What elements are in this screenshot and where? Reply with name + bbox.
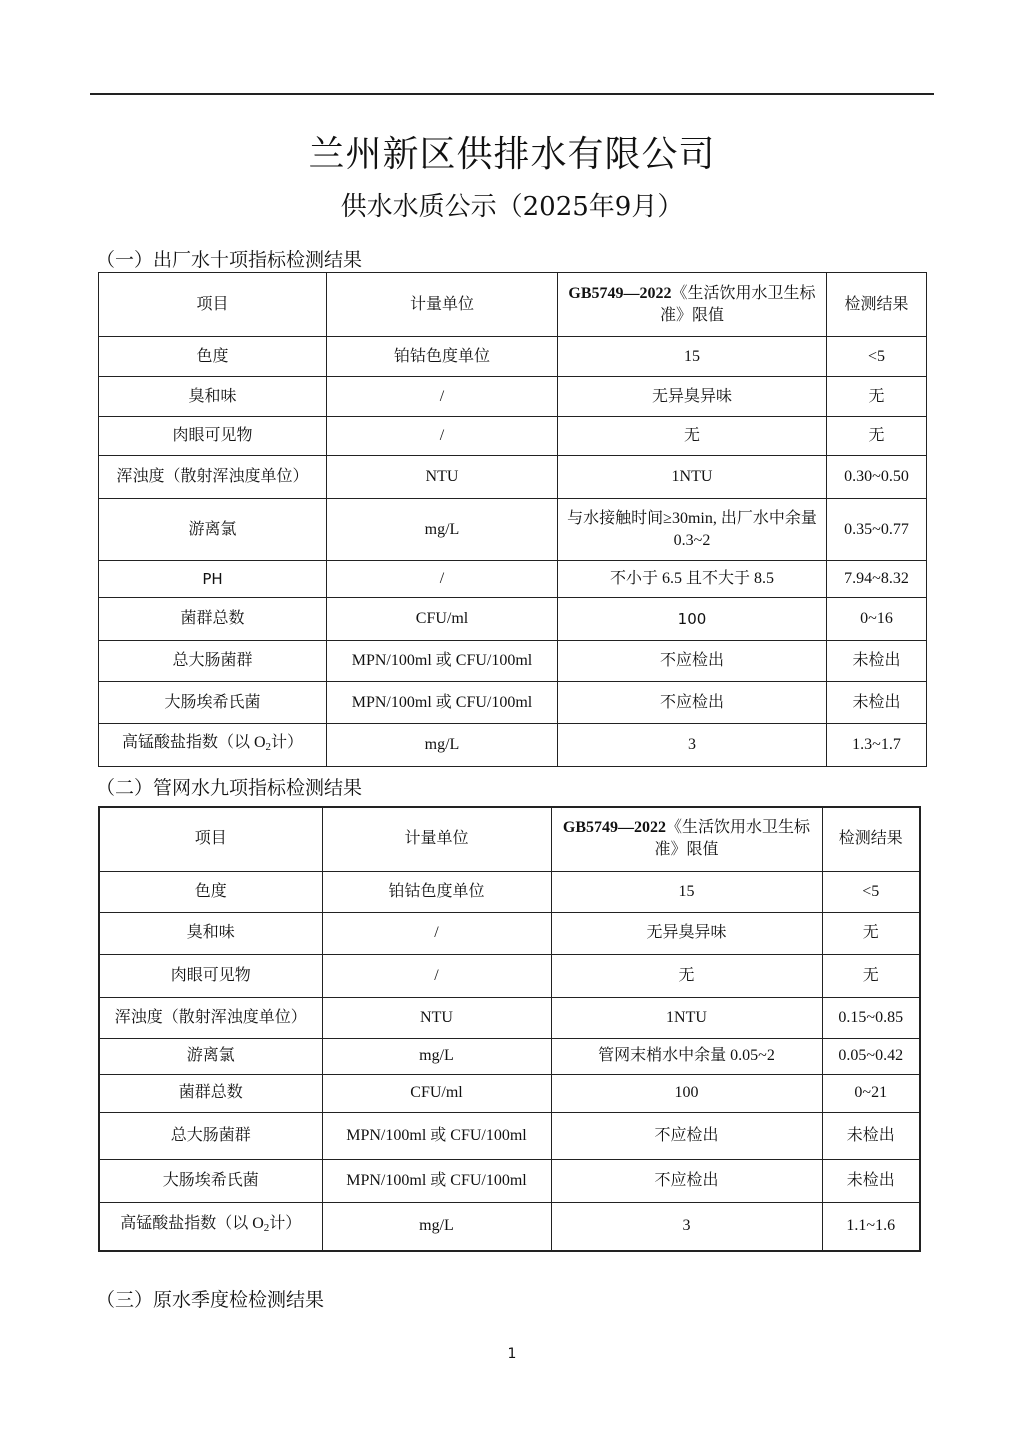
table-row: 浑浊度（散射浑浊度单位） NTU 1NTU 0.30~0.50 [99,456,927,499]
cell-unit: MPN/100ml 或 CFU/100ml [327,682,558,724]
cell-item: PH [99,561,327,598]
cell-unit: NTU [327,456,558,499]
cell-limit: 不应检出 [551,1112,822,1159]
cell-result: 无 [822,954,920,997]
col-header-standard: GB5749—2022《生活饮用水卫生标准》限值 [551,807,822,871]
standard-name: 《生活饮用水卫生标准》限值 [660,285,816,324]
cell-item: 高锰酸盐指数（以 O2计） [99,724,327,767]
factory-water-table: 项目 计量单位 GB5749—2022《生活饮用水卫生标准》限值 检测结果 色度… [98,272,927,767]
table-row: 菌群总数 CFU/ml 100 0~21 [99,1074,920,1112]
table-header-row: 项目 计量单位 GB5749—2022《生活饮用水卫生标准》限值 检测结果 [99,807,920,871]
cell-result: 0.05~0.42 [822,1038,920,1074]
cell-limit: 15 [551,871,822,912]
item-text-suffix: 计） [269,1215,301,1232]
cell-limit: 无 [551,954,822,997]
cell-unit: MPN/100ml 或 CFU/100ml [327,641,558,682]
section2-heading: （二）管网水九项指标检测结果 [96,773,362,800]
cell-result: 无 [822,912,920,954]
cell-unit: mg/L [322,1038,551,1074]
cell-result: 0.35~0.77 [827,499,927,561]
table-row: 肉眼可见物 / 无 无 [99,417,927,456]
table-row: 菌群总数 CFU/ml 100 0~16 [99,598,927,641]
item-text-suffix: 计） [271,734,303,751]
cell-item: 肉眼可见物 [99,954,322,997]
cell-unit: 铂钴色度单位 [327,337,558,377]
cell-unit: 铂钴色度单位 [322,871,551,912]
cell-unit: / [327,561,558,598]
col-header-unit: 计量单位 [327,273,558,337]
cell-result: 1.1~1.6 [822,1202,920,1251]
notice-subtitle: 供水水质公示（2025年9月） [0,186,1024,223]
cell-result: 1.3~1.7 [827,724,927,767]
cell-item: 游离氯 [99,1038,322,1074]
cell-result: 未检出 [827,641,927,682]
cell-limit: 不应检出 [558,682,827,724]
cell-item: 游离氯 [99,499,327,561]
col-header-standard: GB5749—2022《生活饮用水卫生标准》限值 [558,273,827,337]
cell-result: 无 [827,417,927,456]
cell-limit: 3 [551,1202,822,1251]
col-header-result: 检测结果 [827,273,927,337]
table-row: 色度 铂钴色度单位 15 <5 [99,871,920,912]
table-row: 大肠埃希氏菌 MPN/100ml 或 CFU/100ml 不应检出 未检出 [99,682,927,724]
cell-result: 未检出 [822,1159,920,1202]
cell-unit: NTU [322,997,551,1038]
cell-limit: 15 [558,337,827,377]
cell-limit: 1NTU [558,456,827,499]
cell-limit: 与水接触时间≥30min, 出厂水中余量 0.3~2 [558,499,827,561]
cell-unit: mg/L [322,1202,551,1251]
cell-item: 总大肠菌群 [99,1112,322,1159]
cell-limit: 无异臭异味 [551,912,822,954]
table-row: 游离氯 mg/L 与水接触时间≥30min, 出厂水中余量 0.3~2 0.35… [99,499,927,561]
cell-unit: / [322,912,551,954]
cell-item: 浑浊度（散射浑浊度单位） [99,997,322,1038]
table-row: 高锰酸盐指数（以 O2计） mg/L 3 1.3~1.7 [99,724,927,767]
header-rule [90,93,934,95]
cell-limit: 不小于 6.5 且不大于 8.5 [558,561,827,598]
cell-unit: MPN/100ml 或 CFU/100ml [322,1159,551,1202]
col-header-item: 项目 [99,807,322,871]
cell-unit: / [322,954,551,997]
cell-unit: MPN/100ml 或 CFU/100ml [322,1112,551,1159]
table-row: 臭和味 / 无异臭异味 无 [99,377,927,417]
item-text: 高锰酸盐指数（以 O [122,734,266,751]
cell-item: 大肠埃希氏菌 [99,1159,322,1202]
cell-limit: 100 [551,1074,822,1112]
section1-heading: （一）出厂水十项指标检测结果 [96,245,362,272]
cell-item: 臭和味 [99,912,322,954]
cell-limit: 不应检出 [558,641,827,682]
cell-limit: 3 [558,724,827,767]
cell-limit: 1NTU [551,997,822,1038]
table-row: 肉眼可见物 / 无 无 [99,954,920,997]
cell-item: 大肠埃希氏菌 [99,682,327,724]
cell-result: 无 [827,377,927,417]
cell-item: 菌群总数 [99,1074,322,1112]
item-text: 高锰酸盐指数（以 O [120,1215,264,1232]
cell-result: 0.30~0.50 [827,456,927,499]
cell-limit: 管网末梢水中余量 0.05~2 [551,1038,822,1074]
cell-limit: 不应检出 [551,1159,822,1202]
cell-item: 色度 [99,337,327,377]
cell-item: 色度 [99,871,322,912]
cell-item: 肉眼可见物 [99,417,327,456]
cell-unit: mg/L [327,724,558,767]
cell-limit: 无异臭异味 [558,377,827,417]
table-row: 臭和味 / 无异臭异味 无 [99,912,920,954]
cell-item: 高锰酸盐指数（以 O2计） [99,1202,322,1251]
page-number: 1 [0,1346,1024,1362]
cell-result: 0.15~0.85 [822,997,920,1038]
cell-result: 未检出 [822,1112,920,1159]
cell-unit: / [327,377,558,417]
table-row: 总大肠菌群 MPN/100ml 或 CFU/100ml 不应检出 未检出 [99,641,927,682]
cell-result: 未检出 [827,682,927,724]
cell-item: 臭和味 [99,377,327,417]
cell-result: <5 [822,871,920,912]
col-header-item: 项目 [99,273,327,337]
cell-result: <5 [827,337,927,377]
standard-name: 《生活饮用水卫生标准》限值 [654,819,810,858]
cell-limit: 无 [558,417,827,456]
cell-item: 总大肠菌群 [99,641,327,682]
cell-result: 7.94~8.32 [827,561,927,598]
table-row: PH / 不小于 6.5 且不大于 8.5 7.94~8.32 [99,561,927,598]
cell-unit: CFU/ml [327,598,558,641]
cell-unit: / [327,417,558,456]
cell-item: 菌群总数 [99,598,327,641]
company-title: 兰州新区供排水有限公司 [0,126,1024,177]
cell-unit: mg/L [327,499,558,561]
cell-unit: CFU/ml [322,1074,551,1112]
table-row: 浑浊度（散射浑浊度单位） NTU 1NTU 0.15~0.85 [99,997,920,1038]
col-header-unit: 计量单位 [322,807,551,871]
cell-result: 0~21 [822,1074,920,1112]
network-water-table: 项目 计量单位 GB5749—2022《生活饮用水卫生标准》限值 检测结果 色度… [98,806,921,1252]
table-row: 游离氯 mg/L 管网末梢水中余量 0.05~2 0.05~0.42 [99,1038,920,1074]
table-row: 大肠埃希氏菌 MPN/100ml 或 CFU/100ml 不应检出 未检出 [99,1159,920,1202]
cell-item: 浑浊度（散射浑浊度单位） [99,456,327,499]
standard-code: GB5749—2022 [563,819,666,836]
table-row: 总大肠菌群 MPN/100ml 或 CFU/100ml 不应检出 未检出 [99,1112,920,1159]
standard-code: GB5749—2022 [568,285,671,302]
cell-result: 0~16 [827,598,927,641]
col-header-result: 检测结果 [822,807,920,871]
table-row: 高锰酸盐指数（以 O2计） mg/L 3 1.1~1.6 [99,1202,920,1251]
table-header-row: 项目 计量单位 GB5749—2022《生活饮用水卫生标准》限值 检测结果 [99,273,927,337]
table-row: 色度 铂钴色度单位 15 <5 [99,337,927,377]
cell-limit: 100 [558,598,827,641]
section3-heading: （三）原水季度检检测结果 [96,1285,324,1312]
